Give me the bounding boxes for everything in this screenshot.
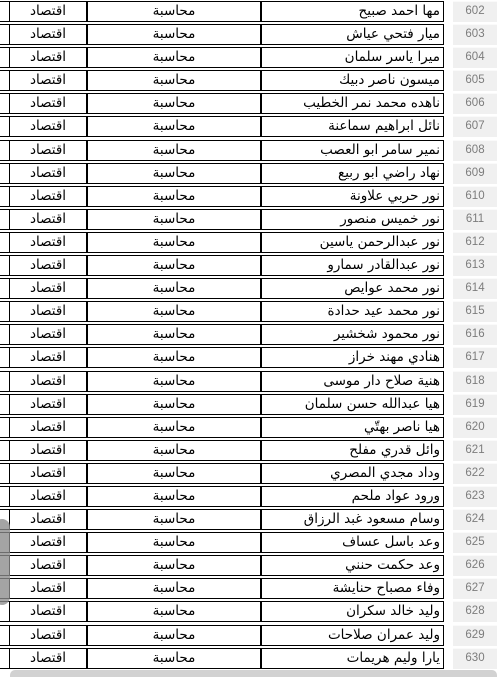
faculty-cell[interactable]: اقتصاد [9,417,87,438]
row-number-cell[interactable]: 627 [453,578,497,599]
department-cell[interactable]: محاسبة [87,93,261,114]
table-row: 609 نهاد راضي ابو ربيع محاسبة اقتصاد [0,163,497,184]
faculty-cell[interactable]: اقتصاد [9,278,87,299]
cutoff-column-strip [0,255,9,276]
row-number-cell[interactable]: 611 [453,209,497,230]
column-gap [444,116,453,137]
student-name-cell[interactable]: ميرا ياسر سلمان [261,47,444,68]
cutoff-column-strip [0,278,9,299]
row-number-cell[interactable]: 603 [453,24,497,45]
student-name-cell[interactable]: ورود عواد ملحم [261,486,444,507]
row-number-cell[interactable]: 604 [453,47,497,68]
column-gap [444,278,453,299]
table-row: 613 نور عبدالقادر سمارو محاسبة اقتصاد [0,255,497,276]
table-row: 622 وداد مجدي المصري محاسبة اقتصاد [0,463,497,484]
column-gap [444,47,453,68]
cutoff-column-strip [0,1,9,22]
table-row: 627 وفاء مصباح حنايشة محاسبة اقتصاد [0,578,497,599]
student-name-cell[interactable]: نور محمود شخشير [261,324,444,345]
column-gap [444,578,453,599]
column-gap [444,463,453,484]
table-row: 610 نور حربي علاونة محاسبة اقتصاد [0,186,497,207]
department-cell[interactable]: محاسبة [87,648,261,669]
department-cell[interactable]: محاسبة [87,209,261,230]
department-cell[interactable]: محاسبة [87,278,261,299]
student-name-cell[interactable]: يارا وليم هريمات [261,648,444,669]
faculty-cell[interactable]: اقتصاد [9,463,87,484]
faculty-cell[interactable]: اقتصاد [9,24,87,45]
row-number-cell[interactable]: 626 [453,555,497,576]
row-number-cell[interactable]: 605 [453,70,497,91]
department-cell[interactable]: محاسبة [87,578,261,599]
cutoff-column-strip [0,116,9,137]
row-number-cell[interactable]: 610 [453,186,497,207]
department-cell[interactable]: محاسبة [87,301,261,322]
student-name-cell[interactable]: نائل ابراهيم سماعنة [261,116,444,137]
column-gap [444,140,453,161]
department-cell[interactable]: محاسبة [87,463,261,484]
department-cell[interactable]: محاسبة [87,509,261,530]
table-row: 602 مها احمد صبيح محاسبة اقتصاد [0,1,497,22]
table-row: 605 ميسون ناصر دبيك محاسبة اقتصاد [0,70,497,91]
column-gap [444,324,453,345]
row-number-cell[interactable]: 625 [453,532,497,553]
faculty-cell[interactable]: اقتصاد [9,1,87,22]
table-row: 624 وسام مسعود غبد الرزاق محاسبة اقتصاد [0,509,497,530]
column-gap [444,625,453,646]
cutoff-column-strip [0,140,9,161]
department-cell[interactable]: محاسبة [87,186,261,207]
faculty-cell[interactable]: اقتصاد [9,255,87,276]
student-name-cell[interactable]: نور عبدالرحمن ياسين [261,232,444,253]
student-name-cell[interactable]: نور خميس منصور [261,209,444,230]
row-number-cell[interactable]: 609 [453,163,497,184]
faculty-cell[interactable]: اقتصاد [9,209,87,230]
department-cell[interactable]: محاسبة [87,394,261,415]
student-name-cell[interactable]: نهاد راضي ابو ربيع [261,163,444,184]
row-number-cell[interactable]: 607 [453,116,497,137]
student-name-cell[interactable]: وائل قدري مفلح [261,440,444,461]
column-gap [444,163,453,184]
student-name-cell[interactable]: وعد حكمت حنني [261,555,444,576]
row-number-cell[interactable]: 617 [453,347,497,368]
faculty-cell[interactable]: اقتصاد [9,625,87,646]
cutoff-column-strip [0,163,9,184]
row-number-cell[interactable]: 614 [453,278,497,299]
row-number-cell[interactable]: 630 [453,648,497,669]
faculty-cell[interactable]: اقتصاد [9,648,87,669]
faculty-cell[interactable]: اقتصاد [9,578,87,599]
department-cell[interactable]: محاسبة [87,255,261,276]
faculty-cell[interactable]: اقتصاد [9,440,87,461]
cutoff-column-strip [0,440,9,461]
table-row: 612 نور عبدالرحمن ياسين محاسبة اقتصاد [0,232,497,253]
student-name-cell[interactable]: وسام مسعود غبد الرزاق [261,509,444,530]
cutoff-column-strip [0,324,9,345]
cutoff-column-strip [0,486,9,507]
row-number-cell[interactable]: 619 [453,394,497,415]
student-name-cell[interactable]: وليد خالد سكران [261,601,444,622]
department-cell[interactable]: محاسبة [87,347,261,368]
cutoff-column-strip [0,93,9,114]
row-number-cell[interactable]: 621 [453,440,497,461]
student-name-cell[interactable]: وعد باسل عساف [261,532,444,553]
column-gap [444,648,453,669]
cutoff-column-strip [0,186,9,207]
department-cell[interactable]: محاسبة [87,47,261,68]
department-cell[interactable]: محاسبة [87,116,261,137]
table-row: 619 هيا عبدالله حسن سلمان محاسبة اقتصاد [0,394,497,415]
student-name-cell[interactable]: ميسون ناصر دبيك [261,70,444,91]
table-row: 628 وليد خالد سكران محاسبة اقتصاد [0,601,497,622]
row-number-cell[interactable]: 629 [453,625,497,646]
cutoff-column-strip [0,625,9,646]
faculty-cell[interactable]: اقتصاد [9,232,87,253]
row-number-cell[interactable]: 608 [453,140,497,161]
horizontal-scroll-bar[interactable] [10,670,497,677]
department-cell[interactable]: محاسبة [87,486,261,507]
cutoff-column-strip [0,24,9,45]
student-name-cell[interactable]: نور محمد عوايص [261,278,444,299]
table-row: 626 وعد حكمت حنني محاسبة اقتصاد [0,555,497,576]
cutoff-column-strip [0,70,9,91]
table-row: 607 نائل ابراهيم سماعنة محاسبة اقتصاد [0,116,497,137]
table-row: 608 نمير سامر ابو العصب محاسبة اقتصاد [0,140,497,161]
table-row: 621 وائل قدري مفلح محاسبة اقتصاد [0,440,497,461]
column-gap [444,394,453,415]
row-number-cell[interactable]: 616 [453,324,497,345]
table-row: 625 وعد باسل عساف محاسبة اقتصاد [0,532,497,553]
faculty-cell[interactable]: اقتصاد [9,601,87,622]
faculty-cell[interactable]: اقتصاد [9,509,87,530]
faculty-cell[interactable]: اقتصاد [9,186,87,207]
faculty-cell[interactable]: اقتصاد [9,324,87,345]
faculty-cell[interactable]: اقتصاد [9,163,87,184]
table-row: 618 هنية صلاح دار موسى محاسبة اقتصاد [0,371,497,392]
department-cell[interactable]: محاسبة [87,532,261,553]
cutoff-column-strip [0,463,9,484]
faculty-cell[interactable]: اقتصاد [9,301,87,322]
cutoff-column-strip [0,47,9,68]
department-cell[interactable]: محاسبة [87,417,261,438]
department-cell[interactable]: محاسبة [87,140,261,161]
column-gap [444,70,453,91]
department-cell[interactable]: محاسبة [87,1,261,22]
table-row: 616 نور محمود شخشير محاسبة اقتصاد [0,324,497,345]
column-gap [444,555,453,576]
faculty-cell[interactable]: اقتصاد [9,70,87,91]
student-name-cell[interactable]: ميار فتحي عياش [261,24,444,45]
faculty-cell[interactable]: اقتصاد [9,347,87,368]
table-row: 617 هنادي مهند خراز محاسبة اقتصاد [0,347,497,368]
column-gap [444,209,453,230]
student-name-cell[interactable]: نمير سامر ابو العصب [261,140,444,161]
row-number-cell[interactable]: 618 [453,371,497,392]
table-row: 620 هيا ناصر بهتّي محاسبة اقتصاد [0,417,497,438]
department-cell[interactable]: محاسبة [87,440,261,461]
row-number-cell[interactable]: 606 [453,93,497,114]
cutoff-column-strip [0,417,9,438]
column-gap [444,532,453,553]
faculty-cell[interactable]: اقتصاد [9,116,87,137]
faculty-cell[interactable]: اقتصاد [9,47,87,68]
student-name-cell[interactable]: وفاء مصباح حنايشة [261,578,444,599]
student-name-cell[interactable]: هنية صلاح دار موسى [261,371,444,392]
student-name-cell[interactable]: مها احمد صبيح [261,1,444,22]
cutoff-column-strip [0,648,9,669]
row-number-cell[interactable]: 602 [453,1,497,22]
row-number-cell[interactable]: 624 [453,509,497,530]
department-cell[interactable]: محاسبة [87,24,261,45]
column-gap [444,371,453,392]
table-row: 630 يارا وليم هريمات محاسبة اقتصاد [0,648,497,669]
column-gap [444,486,453,507]
department-cell[interactable]: محاسبة [87,324,261,345]
cutoff-column-strip [0,394,9,415]
row-number-cell[interactable]: 613 [453,255,497,276]
student-name-cell[interactable]: نور محمد عيد حدادة [261,301,444,322]
student-name-cell[interactable]: وداد مجدي المصري [261,463,444,484]
column-gap [444,93,453,114]
column-gap [444,440,453,461]
department-cell[interactable]: محاسبة [87,371,261,392]
faculty-cell[interactable]: اقتصاد [9,532,87,553]
row-number-cell[interactable]: 612 [453,232,497,253]
faculty-cell[interactable]: اقتصاد [9,394,87,415]
row-number-cell[interactable]: 615 [453,301,497,322]
table-row: 623 ورود عواد ملحم محاسبة اقتصاد [0,486,497,507]
department-cell[interactable]: محاسبة [87,625,261,646]
column-gap [444,255,453,276]
faculty-cell[interactable]: اقتصاد [9,371,87,392]
table-row: 603 ميار فتحي عياش محاسبة اقتصاد [0,24,497,45]
cutoff-column-strip [0,209,9,230]
student-name-cell[interactable]: نور عبدالقادر سمارو [261,255,444,276]
student-name-cell[interactable]: ناهده محمد نمر الخطيب [261,93,444,114]
department-cell[interactable]: محاسبة [87,555,261,576]
column-gap [444,1,453,22]
faculty-cell[interactable]: اقتصاد [9,140,87,161]
column-gap [444,347,453,368]
column-gap [444,301,453,322]
department-cell[interactable]: محاسبة [87,163,261,184]
column-gap [444,417,453,438]
student-name-cell[interactable]: هيا عبدالله حسن سلمان [261,394,444,415]
row-number-cell[interactable]: 628 [453,601,497,622]
student-name-cell[interactable]: نور حربي علاونة [261,186,444,207]
vertical-scroll-thumb[interactable] [0,519,10,605]
spreadsheet-viewport: 602 مها احمد صبيح محاسبة اقتصاد 603 ميار… [0,0,497,677]
row-number-cell[interactable]: 622 [453,463,497,484]
faculty-cell[interactable]: اقتصاد [9,486,87,507]
department-cell[interactable]: محاسبة [87,232,261,253]
department-cell[interactable]: محاسبة [87,70,261,91]
cutoff-column-strip [0,301,9,322]
table-row: 604 ميرا ياسر سلمان محاسبة اقتصاد [0,47,497,68]
row-number-cell[interactable]: 623 [453,486,497,507]
table-row: 629 وليد عمران صلاحات محاسبة اقتصاد [0,625,497,646]
column-gap [444,186,453,207]
row-number-cell[interactable]: 620 [453,417,497,438]
student-name-cell[interactable]: وليد عمران صلاحات [261,625,444,646]
student-name-cell[interactable]: هنادي مهند خراز [261,347,444,368]
student-table: 602 مها احمد صبيح محاسبة اقتصاد 603 ميار… [0,1,497,671]
column-gap [444,232,453,253]
column-gap [444,601,453,622]
student-name-cell[interactable]: هيا ناصر بهتّي [261,417,444,438]
faculty-cell[interactable]: اقتصاد [9,93,87,114]
department-cell[interactable]: محاسبة [87,601,261,622]
column-gap [444,24,453,45]
table-row: 615 نور محمد عيد حدادة محاسبة اقتصاد [0,301,497,322]
cutoff-column-strip [0,347,9,368]
table-row: 614 نور محمد عوايص محاسبة اقتصاد [0,278,497,299]
column-gap [444,509,453,530]
cutoff-column-strip [0,232,9,253]
table-row: 606 ناهده محمد نمر الخطيب محاسبة اقتصاد [0,93,497,114]
table-row: 611 نور خميس منصور محاسبة اقتصاد [0,209,497,230]
cutoff-column-strip [0,371,9,392]
faculty-cell[interactable]: اقتصاد [9,555,87,576]
